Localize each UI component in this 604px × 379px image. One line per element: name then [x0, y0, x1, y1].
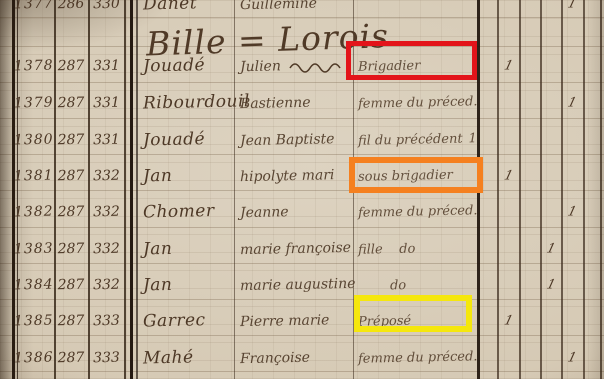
register-photo: Bille = Lorois 1377 286 330 Danet Guille… [0, 0, 604, 379]
occupation [358, 0, 476, 12]
household-number: 331 [90, 133, 123, 148]
firstname: marie françoise [240, 241, 353, 257]
page-number: 287 [56, 242, 86, 257]
surname: Ribourdouil [143, 94, 235, 113]
register-row: 1381 287 332 Jan hipolyte mari sous brig… [0, 158, 604, 194]
page-number: 287 [56, 96, 86, 111]
entry-number: 1386 [14, 351, 52, 366]
surname: Jan [143, 167, 235, 186]
firstname: Bastienne [240, 95, 353, 111]
entry-number: 1382 [14, 205, 52, 220]
page-number: 287 [56, 133, 86, 148]
entry-number: 1384 [14, 278, 52, 293]
firstname: Jeanne [240, 204, 353, 220]
occupation-text: femme du préced. [358, 94, 478, 111]
register-row: 1378 287 331 Jouadé Julien Brigadier 1 [0, 48, 604, 84]
firstname: hipolyte mari [240, 168, 353, 184]
occupation-text: fil du précédent [358, 132, 463, 149]
occupation: femme du préced. [358, 95, 476, 110]
page-number: 287 [56, 278, 86, 293]
occupation: do [358, 277, 508, 293]
surname: Garrec [143, 312, 235, 331]
household-number: 331 [90, 96, 123, 111]
household-number: 330 [90, 0, 123, 11]
occupation-text: femme du préced. [358, 349, 478, 366]
page-number: 287 [56, 314, 86, 329]
household-number: 332 [90, 242, 123, 257]
page-number: 287 [56, 205, 86, 220]
tally-cell: 1 [496, 170, 520, 183]
surname: Jouadé [143, 131, 235, 150]
red-highlight-box [346, 41, 477, 80]
household-number: 332 [90, 169, 123, 184]
tally-cell: 1 [539, 279, 562, 292]
register-row: 1380 287 331 Jouadé Jean Baptiste fil du… [0, 122, 604, 158]
occupation-text: fille do [358, 242, 416, 258]
firstname: marie augustine [240, 277, 353, 293]
register-row: 1382 287 332 Chomer Jeanne femme du préc… [0, 194, 604, 230]
surname: Jan [143, 276, 235, 295]
tally-cell: 1 [560, 206, 583, 219]
tally-cell: 1 [539, 243, 562, 256]
register-row: 1384 287 332 Jan marie augustine do 1 [0, 267, 604, 303]
entry-number: 1381 [14, 169, 52, 184]
entry-number: 1380 [14, 133, 52, 148]
occupation: femme du préced. [358, 204, 476, 219]
occupation-text: do [390, 278, 406, 293]
entry-number: 1377 [14, 0, 52, 11]
register-row: 1379 287 331 Ribourdouil Bastienne femme… [0, 85, 604, 121]
occupation: femme du préced. [358, 350, 476, 365]
firstname: Guillemine [240, 0, 353, 12]
page-number: 287 [56, 59, 86, 74]
surname: Jan [143, 240, 235, 259]
tally-cell: 1 [496, 315, 520, 328]
firstname: Françoise [240, 350, 353, 366]
entry-number: 1378 [14, 59, 52, 74]
surname: Mahé [143, 349, 235, 368]
firstname: Julien [240, 58, 353, 74]
firstname: Jean Baptiste [240, 132, 353, 148]
occupation-text: femme du préced. [358, 203, 478, 220]
occupation-tally: 1 [468, 131, 477, 146]
tally-cell: 1 [560, 352, 583, 365]
household-number: 332 [90, 205, 123, 220]
register-row: 1385 287 333 Garrec Pierre marie Préposé… [0, 303, 604, 339]
household-number: 331 [90, 59, 123, 74]
occupation: fil du précédent1 [358, 132, 476, 147]
page-number: 286 [56, 0, 86, 11]
occupation: fille do [358, 241, 476, 256]
orange-highlight-box [349, 157, 483, 193]
entry-number: 1383 [14, 242, 52, 257]
register-row: 1386 287 333 Mahé Françoise femme du pré… [0, 340, 604, 376]
yellow-highlight-box [354, 295, 472, 332]
page-number: 287 [56, 351, 86, 366]
tally-cell: 1 [560, 97, 583, 110]
tally-cell: 1 [560, 0, 583, 11]
household-number: 332 [90, 278, 123, 293]
page-number: 287 [56, 169, 86, 184]
surname: Danet [143, 0, 235, 13]
surname: Jouadé [143, 57, 235, 76]
household-number: 333 [90, 314, 123, 329]
household-number: 333 [90, 351, 123, 366]
tally-cell: 1 [496, 60, 520, 73]
firstname: Pierre marie [240, 313, 353, 329]
surname: Chomer [143, 203, 235, 222]
register-row: 1377 286 330 Danet Guillemine 1 [0, 0, 604, 22]
entry-number: 1385 [14, 314, 52, 329]
entry-number: 1379 [14, 96, 52, 111]
register-row: 1383 287 332 Jan marie françoise fille d… [0, 231, 604, 267]
